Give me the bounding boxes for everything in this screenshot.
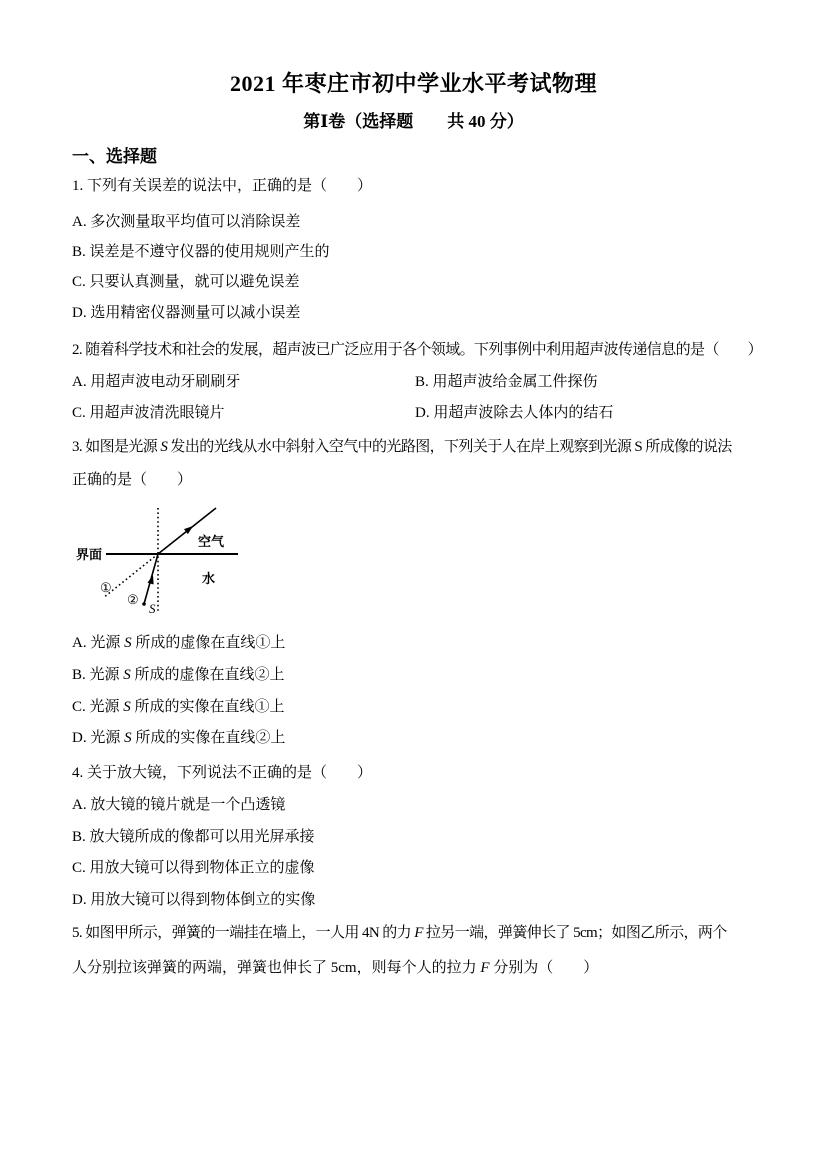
q2-stem: 2. 随着科学技术和社会的发展，超声波已广泛应用于各个领域。下列事例中利用超声波… <box>72 340 762 360</box>
q3-stem-line1: 3. 如图是光源 S 发出的光线从水中斜射入空气中的光路图，下列关于人在岸上观察… <box>72 437 732 457</box>
q3-option-d: D. 光源 S 所成的实像在直线②上 <box>72 728 285 748</box>
water-label: 水 <box>202 571 215 586</box>
q3-option-a: A. 光源 S 所成的虚像在直线①上 <box>72 633 285 653</box>
light-source-point <box>142 602 146 606</box>
q3-option-b: B. 光源 S 所成的虚像在直线②上 <box>72 665 285 685</box>
q1-option-c: C. 只要认真测量，就可以避免误差 <box>72 272 300 292</box>
q2-option-a: A. 用超声波电动牙刷刷牙 <box>72 372 240 392</box>
line2-number-label: ② <box>127 592 139 607</box>
q5-stem-line2: 人分别拉该弹簧的两端，弹簧也伸长了 5cm，则每个人的拉力 F 分别为（ ） <box>72 958 598 978</box>
q1-option-b: B. 误差是不遵守仪器的使用规则产生的 <box>72 242 330 262</box>
paper-subtitle: 第Ⅰ卷（选择题 共 40 分） <box>72 110 755 134</box>
q4-option-c: C. 用放大镜可以得到物体正立的虚像 <box>72 858 315 878</box>
page-title: 2021 年枣庄市初中学业水平考试物理 <box>72 70 755 98</box>
q4-option-a: A. 放大镜的镜片就是一个凸透镜 <box>72 795 285 815</box>
q5-stem-line1: 5. 如图甲所示，弹簧的一端挂在墙上，一人用 4N 的力 F 拉另一端，弹簧伸长… <box>72 923 727 943</box>
q1-stem: 1. 下列有关误差的说法中，正确的是（ ） <box>72 176 372 196</box>
q3-stem-line2: 正确的是（ ） <box>72 470 192 490</box>
interface-label: 界面 <box>76 547 102 562</box>
q4-option-d: D. 用放大镜可以得到物体倒立的实像 <box>72 890 315 910</box>
q3-option-c: C. 光源 S 所成的实像在直线①上 <box>72 697 285 717</box>
q1-option-a: A. 多次测量取平均值可以消除误差 <box>72 212 300 232</box>
line1-number-label: ① <box>100 580 112 595</box>
q4-option-b: B. 放大镜所成的像都可以用光屏承接 <box>72 827 315 847</box>
q2-option-b: B. 用超声波给金属工件探伤 <box>415 372 598 392</box>
light-source-label: S <box>149 601 156 616</box>
q2-option-d: D. 用超声波除去人体内的结石 <box>415 403 613 423</box>
q4-stem: 4. 关于放大镜，下列说法不正确的是（ ） <box>72 763 372 783</box>
exam-page: 2021 年枣庄市初中学业水平考试物理 第Ⅰ卷（选择题 共 40 分） 一、选择… <box>0 0 827 1169</box>
air-label: 空气 <box>198 534 225 549</box>
section-heading: 一、选择题 <box>72 146 157 168</box>
q2-option-c: C. 用超声波清洗眼镜片 <box>72 403 225 423</box>
q1-option-d: D. 选用精密仪器测量可以减小误差 <box>72 303 300 323</box>
q3-refraction-figure: 界面 空气 水 ① ② S <box>76 502 246 620</box>
